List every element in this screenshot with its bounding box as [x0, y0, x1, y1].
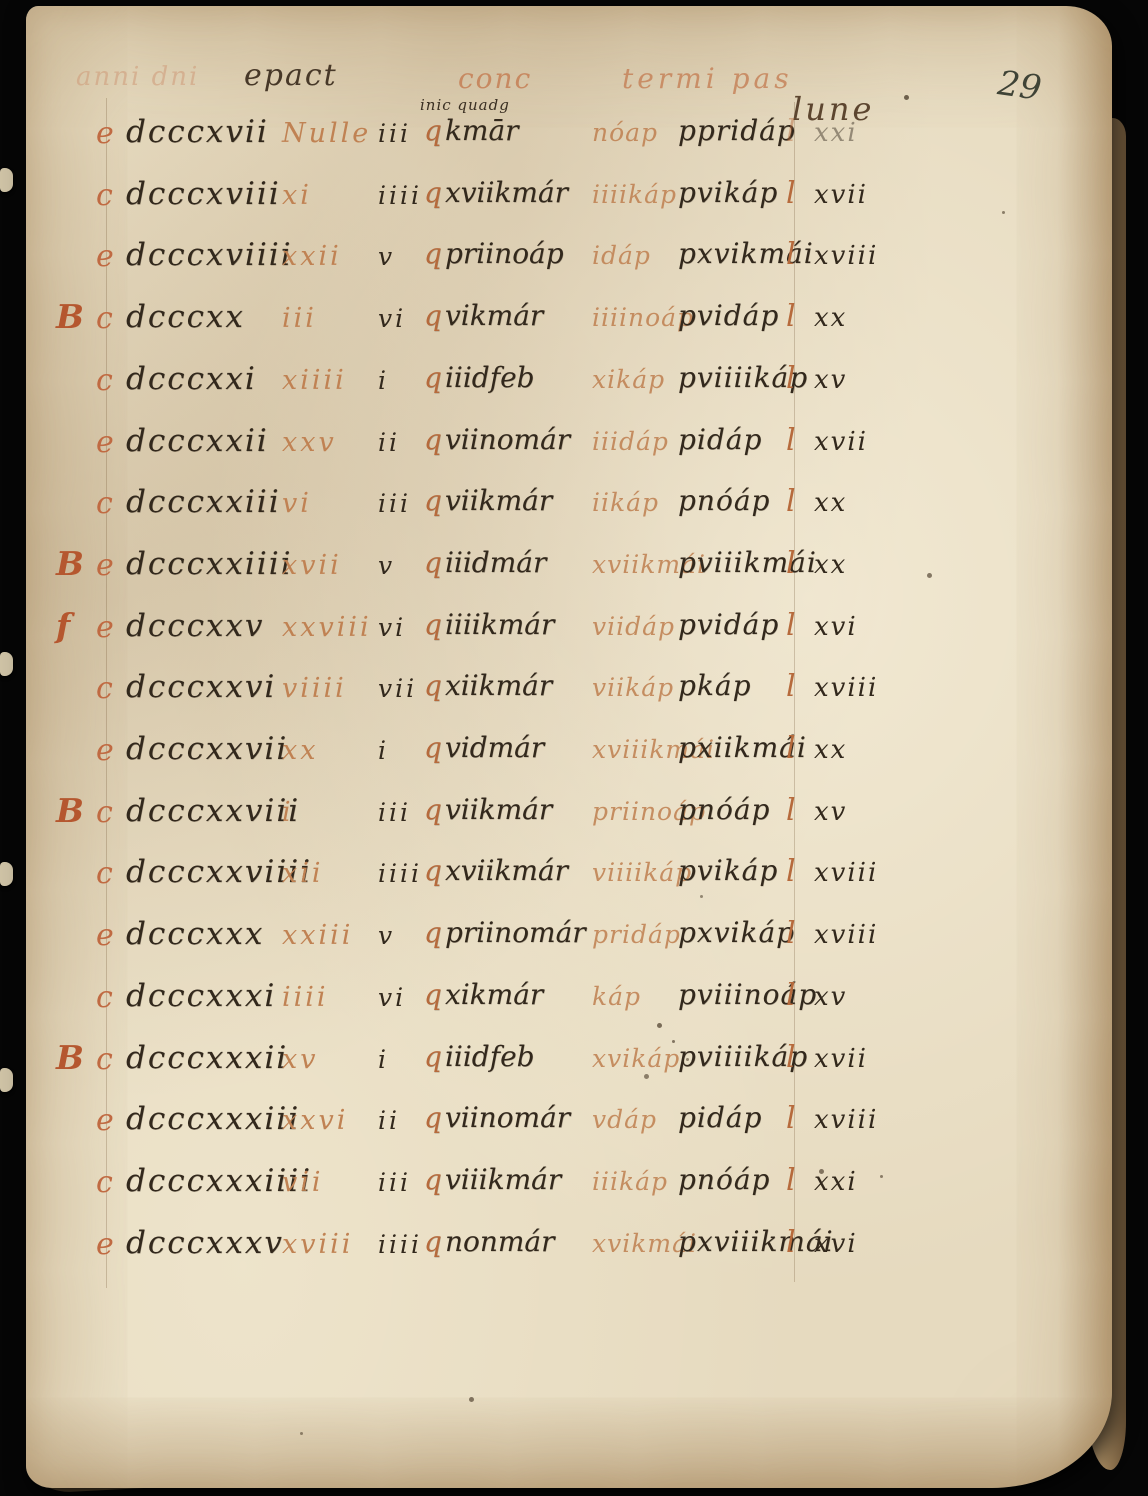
luna-value: xvi: [814, 1229, 858, 1259]
table-row: c dcccxviii xi iiii qxviikmár iiiikáp pv…: [26, 176, 1106, 224]
table-row: c dcccxxxiiii vii iii qviiikmár iiikáp p…: [26, 1163, 1106, 1211]
quadragesima-date: qiiiikmár: [424, 608, 554, 641]
luna-initial: l: [786, 793, 796, 828]
terminus-date: káp: [592, 982, 641, 1011]
epact-value: xxviii: [282, 612, 372, 643]
table-row: e dcccxxii xxv ii qviinomár iiidáp pidáp…: [26, 423, 1106, 471]
easter-date: pvidáp: [678, 299, 779, 332]
cycle-letter: c: [96, 178, 113, 213]
easter-date: pkáp: [678, 669, 752, 702]
q-initial: q: [424, 1101, 442, 1134]
luna-initial: l: [786, 361, 796, 396]
table-row: c dcccxxvi viiii vii qxiikmár viikáp pká…: [26, 669, 1106, 717]
column-header-concurrentes: conc: [458, 62, 532, 95]
year-roman-numeral: dcccxxx: [126, 916, 264, 952]
easter-date: pidáp: [678, 423, 762, 456]
luna-value: xviii: [814, 920, 878, 950]
cycle-letter: c: [96, 301, 113, 336]
quadragesima-date: qvikmár: [424, 299, 543, 332]
quadragesima-date: qviiikmár: [424, 1163, 561, 1196]
table-row: c dcccxxviiii xii iiii qxviikmár viiiiká…: [26, 854, 1106, 902]
table-row: f e dcccxxv xxviii vi qiiiikmár viidáp p…: [26, 608, 1106, 656]
q-initial: q: [424, 916, 442, 949]
epact-value: xv: [282, 1044, 318, 1075]
terminus-date: iiikáp: [592, 1167, 668, 1196]
year-roman-numeral: dcccxxvi: [126, 669, 276, 705]
luna-initial: l: [786, 237, 796, 272]
epact-value: viiii: [282, 673, 347, 704]
luna-value: xviii: [814, 241, 878, 271]
easter-date: pvidáp: [678, 608, 779, 641]
interlinear-note-initium-quadragesimae: inic quadg: [420, 96, 510, 114]
binding-stitch: [0, 862, 13, 886]
quadragesima-text: viikmár: [445, 484, 552, 517]
year-roman-numeral: dcccxvii: [126, 114, 269, 150]
q-initial: q: [424, 237, 442, 270]
terminus-date: iiidáp: [592, 427, 669, 456]
column-header-terminus-paschae: termi pas: [622, 62, 793, 95]
table-row: B c dcccxxviii i iii qviikmár priinoáp p…: [26, 793, 1106, 841]
quadragesima-date: qpriinomár: [424, 916, 586, 949]
quadragesima-date: qviinomár: [424, 423, 570, 456]
photo-background: { "document": { "folio_number": "29", "h…: [0, 0, 1148, 1496]
table-row: B c dcccxx iii vi qvikmár iiiinoáp pvidá…: [26, 299, 1106, 347]
cycle-letter: c: [96, 671, 113, 706]
cycle-letter: c: [96, 856, 113, 891]
table-row: e dcccxvii Nulle iii qkmār nóap ppridáp …: [26, 114, 1106, 162]
luna-value: xvii: [814, 1044, 868, 1074]
concurrent-value: ii: [378, 428, 400, 457]
luna-initial: l: [786, 608, 796, 643]
cycle-letter: e: [96, 1227, 114, 1262]
column-header-epact: epact: [244, 58, 338, 93]
epact-value: iii: [282, 303, 317, 334]
manuscript-page: anni dni epact conc termi pas lune 29 in…: [26, 6, 1112, 1488]
luna-value: xxi: [814, 1167, 858, 1197]
cycle-letter: c: [96, 980, 113, 1015]
q-initial: q: [424, 546, 442, 579]
quadragesima-text: nonmár: [445, 1225, 555, 1258]
concurrent-value: vii: [378, 674, 417, 703]
folio-number: 29: [995, 63, 1043, 109]
column-header-annus: anni dni: [76, 62, 199, 92]
q-initial: q: [424, 114, 442, 147]
quadragesima-text: iiidmár: [445, 546, 546, 579]
concurrent-value: iii: [378, 798, 411, 827]
luna-value: xvii: [814, 180, 868, 210]
cycle-letter: c: [96, 1165, 113, 1200]
concurrent-value: i: [378, 366, 389, 395]
terminus-date: vdáp: [592, 1105, 657, 1134]
q-initial: q: [424, 484, 442, 517]
table-row: e dcccxviiii xxii v qpriinoáp idáp pxvik…: [26, 237, 1106, 285]
concurrent-value: vi: [378, 304, 406, 333]
q-initial: q: [424, 978, 442, 1011]
concurrent-value: vi: [378, 613, 406, 642]
year-roman-numeral: dcccxxvii: [126, 731, 288, 767]
year-roman-numeral: dcccxxxii: [126, 1040, 288, 1076]
luna-value: xv: [814, 982, 847, 1012]
table-row: e dcccxxvii xx i qvidmár xviiikmái pxiik…: [26, 731, 1106, 779]
concurrent-value: iii: [378, 119, 411, 148]
quadragesima-date: qiiidfeb: [424, 361, 535, 394]
luna-value: xviii: [814, 1105, 878, 1135]
epact-value: xiiii: [282, 365, 347, 396]
luna-value: xviii: [814, 858, 878, 888]
quadragesima-date: qxviikmár: [424, 854, 568, 887]
cycle-letter: e: [96, 425, 114, 460]
year-roman-numeral: dcccxx: [126, 299, 245, 335]
concurrent-value: iiii: [378, 181, 422, 210]
q-initial: q: [424, 1040, 442, 1073]
luna-initial: l: [786, 916, 796, 951]
epact-value: Nulle: [282, 118, 371, 149]
cycle-letter: e: [96, 1103, 114, 1138]
terminus-date: pridáp: [592, 920, 681, 949]
easter-date: pxvikáp: [678, 916, 795, 949]
luna-initial: l: [786, 1101, 796, 1136]
quadragesima-date: qiiidmár: [424, 546, 546, 579]
quadragesima-text: iiidfeb: [445, 1040, 535, 1073]
q-initial: q: [424, 731, 442, 764]
q-initial: q: [424, 608, 442, 641]
easter-date: ppridáp: [678, 114, 796, 147]
epact-value: xi: [282, 180, 312, 211]
concurrent-value: v: [378, 242, 395, 271]
terminus-date: nóap: [592, 118, 658, 147]
luna-initial: l: [786, 114, 796, 149]
luna-initial: l: [786, 546, 796, 581]
luna-initial: l: [786, 176, 796, 211]
easter-date: pviiinoáp: [678, 978, 817, 1011]
table-row: e dcccxxxiii xxvi ii qviinomár vdáp pidá…: [26, 1101, 1106, 1149]
quadragesima-text: xviikmár: [445, 176, 568, 209]
epact-value: xviii: [282, 1229, 353, 1260]
quadragesima-text: xikmár: [445, 978, 543, 1011]
luna-initial: l: [786, 978, 796, 1013]
easter-date: pidáp: [678, 1101, 762, 1134]
concurrent-value: ii: [378, 1106, 400, 1135]
ink-specks: [26, 6, 29, 9]
terminus-date: idáp: [592, 241, 651, 270]
quadragesima-date: qpriinoáp: [424, 237, 564, 270]
luna-initial: l: [786, 1225, 796, 1260]
year-roman-numeral: dcccxxiiii: [126, 546, 293, 582]
year-roman-numeral: dcccxxxv: [126, 1225, 284, 1261]
cycle-letter: e: [96, 239, 114, 274]
year-roman-numeral: dcccxviii: [126, 176, 281, 212]
bissextile-letter: B: [56, 544, 84, 583]
easter-date: pnóáp: [678, 793, 770, 826]
bissextile-letter: f: [56, 606, 70, 645]
terminus-date: viikáp: [592, 673, 674, 702]
concurrent-value: iii: [378, 489, 411, 518]
quadragesima-date: qvidmár: [424, 731, 544, 764]
epact-value: xxv: [282, 427, 337, 458]
terminus-date: xikáp: [592, 365, 665, 394]
concurrent-value: iiii: [378, 859, 422, 888]
table-row: B c dcccxxxii xv i qiiidfeb xvikáp pviii…: [26, 1040, 1106, 1088]
concurrent-value: vi: [378, 983, 406, 1012]
cycle-letter: c: [96, 795, 113, 830]
quadragesima-text: vikmár: [445, 299, 543, 332]
year-roman-numeral: dcccxxxi: [126, 978, 276, 1014]
cycle-letter: e: [96, 733, 114, 768]
year-roman-numeral: dcccxxxiii: [126, 1101, 300, 1137]
luna-initial: l: [786, 299, 796, 334]
q-initial: q: [424, 176, 442, 209]
concurrent-value: i: [378, 736, 389, 765]
concurrent-value: iii: [378, 1168, 411, 1197]
epact-value: xvii: [282, 550, 342, 581]
quadragesima-date: qnonmár: [424, 1225, 555, 1258]
table-row: c dcccxxiii vi iii qviikmár iikáp pnóáp …: [26, 484, 1106, 532]
luna-value: xx: [814, 488, 847, 518]
quadragesima-date: qxikmár: [424, 978, 543, 1011]
concurrent-value: iiii: [378, 1230, 422, 1259]
cycle-letter: c: [96, 363, 113, 398]
quadragesima-date: qxiikmár: [424, 669, 552, 702]
quadragesima-text: viinomár: [445, 1101, 570, 1134]
q-initial: q: [424, 669, 442, 702]
luna-initial: l: [786, 1163, 796, 1198]
q-initial: q: [424, 854, 442, 887]
luna-value: xvi: [814, 612, 858, 642]
luna-value: xxi: [814, 118, 858, 148]
epact-value: xxiii: [282, 920, 353, 951]
luna-initial: l: [786, 423, 796, 458]
terminus-date: viidáp: [592, 612, 675, 641]
q-initial: q: [424, 299, 442, 332]
quadragesima-text: iiidfeb: [445, 361, 535, 394]
easter-date: pnóáp: [678, 484, 770, 517]
concurrent-value: v: [378, 921, 395, 950]
q-initial: q: [424, 361, 442, 394]
table-row: c dcccxxxi iiii vi qxikmár káp pviiinoáp…: [26, 978, 1106, 1026]
epact-value: iiii: [282, 982, 329, 1013]
quadragesima-text: priinomár: [445, 916, 586, 949]
luna-value: xx: [814, 550, 847, 580]
table-row: B e dcccxxiiii xvii v qiiidmár xviikmái …: [26, 546, 1106, 594]
concurrent-value: i: [378, 1045, 389, 1074]
luna-initial: l: [786, 731, 796, 766]
quadragesima-text: priinoáp: [445, 237, 564, 270]
terminus-date: xvikáp: [592, 1044, 680, 1073]
cycle-letter: e: [96, 918, 114, 953]
quadragesima-text: iiiikmár: [445, 608, 554, 641]
luna-initial: l: [786, 1040, 796, 1075]
luna-initial: l: [786, 484, 796, 519]
cycle-letter: c: [96, 486, 113, 521]
year-roman-numeral: dcccxxii: [126, 423, 269, 459]
quadragesima-date: qiiidfeb: [424, 1040, 535, 1073]
easter-date: pnóáp: [678, 1163, 770, 1196]
luna-value: xx: [814, 735, 847, 765]
year-roman-numeral: dcccxxiii: [126, 484, 281, 520]
concurrent-value: v: [378, 551, 395, 580]
epact-value: i: [282, 797, 294, 828]
quadragesima-date: qviikmár: [424, 484, 552, 517]
cycle-letter: e: [96, 116, 114, 151]
epact-value: xii: [282, 858, 324, 889]
epact-value: xxvi: [282, 1105, 348, 1136]
luna-initial: l: [786, 669, 796, 704]
quadragesima-text: viinomár: [445, 423, 570, 456]
quadragesima-date: qxviikmár: [424, 176, 568, 209]
bissextile-letter: B: [56, 1038, 84, 1077]
q-initial: q: [424, 793, 442, 826]
cycle-letter: e: [96, 610, 114, 645]
terminus-date: iiiikáp: [592, 180, 677, 209]
cycle-letter: c: [96, 1042, 113, 1077]
quadragesima-text: xiikmár: [445, 669, 552, 702]
easter-date: pxviiikmái: [678, 1225, 834, 1258]
table-row: e dcccxxxv xviii iiii qnonmár xvikmái px…: [26, 1225, 1106, 1273]
luna-value: xvii: [814, 427, 868, 457]
quadragesima-date: qviinomár: [424, 1101, 570, 1134]
luna-value: xviii: [814, 673, 878, 703]
easter-date: pvikáp: [678, 854, 778, 887]
quadragesima-text: kmār: [445, 114, 519, 147]
epact-value: xx: [282, 735, 318, 766]
q-initial: q: [424, 423, 442, 456]
year-roman-numeral: dcccxviiii: [126, 237, 293, 273]
year-roman-numeral: dcccxxviii: [126, 793, 300, 829]
quadragesima-text: viiikmár: [445, 1163, 561, 1196]
quadragesima-text: viikmár: [445, 793, 552, 826]
quadragesima-text: xviikmár: [445, 854, 568, 887]
terminus-date: iikáp: [592, 488, 659, 517]
quadragesima-date: qkmār: [424, 114, 519, 147]
quadragesima-date: qviikmár: [424, 793, 552, 826]
binding-stitch: [0, 1068, 13, 1092]
epact-value: vi: [282, 488, 312, 519]
year-roman-numeral: dcccxxi: [126, 361, 257, 397]
luna-value: xv: [814, 797, 847, 827]
table-row: c dcccxxi xiiii i qiiidfeb xikáp pviiiik…: [26, 361, 1106, 409]
q-initial: q: [424, 1163, 442, 1196]
quadragesima-text: vidmár: [445, 731, 544, 764]
easter-date: pvikáp: [678, 176, 778, 209]
binding-stitch: [0, 168, 13, 192]
epact-value: xxii: [282, 241, 342, 272]
bissextile-letter: B: [56, 791, 84, 830]
q-initial: q: [424, 1225, 442, 1258]
bissextile-letter: B: [56, 297, 84, 336]
epact-value: vii: [282, 1167, 324, 1198]
luna-value: xx: [814, 303, 847, 333]
binding-stitch: [0, 652, 13, 676]
table-row: e dcccxxx xxiii v qpriinomár pridáp pxvi…: [26, 916, 1106, 964]
luna-initial: l: [786, 854, 796, 889]
cycle-letter: e: [96, 548, 114, 583]
year-roman-numeral: dcccxxv: [126, 608, 264, 644]
easter-date: pviiikmái: [678, 546, 817, 579]
luna-value: xv: [814, 365, 847, 395]
